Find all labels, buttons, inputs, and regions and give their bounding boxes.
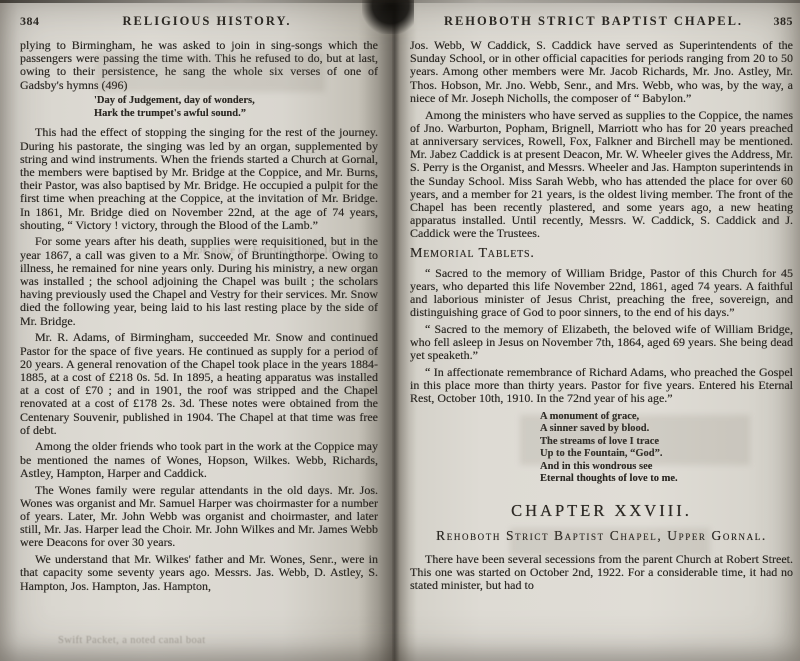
memorial-quote: “ Sacred to the memory of William Bridge…: [410, 267, 793, 320]
paragraph: Mr. R. Adams, of Birmingham, succeeded M…: [20, 331, 378, 437]
page-number-left: 384: [20, 14, 62, 29]
paragraph: The Wones family were regular attendants…: [20, 484, 378, 550]
hymn-quote: 'Day of Judgement, day of wonders, Hark …: [94, 95, 378, 120]
chapter-heading: CHAPTER XXVIII.: [410, 501, 793, 521]
left-page: 384 RELIGIOUS HISTORY. plying to Birming…: [0, 0, 392, 661]
paragraph: There have been several secessions from …: [410, 553, 793, 593]
poem-line: The streams of love I trace: [540, 436, 793, 449]
paragraph: Among the ministers who have served as s…: [410, 109, 793, 241]
poem-line: A sinner saved by blood.: [540, 423, 793, 436]
memorial-quote: “ In affectionate remembrance of Richard…: [410, 366, 793, 406]
running-title-right: REHOBOTH STRICT BAPTIST CHAPEL.: [440, 14, 747, 29]
poem-line: And in this wondrous see: [540, 461, 793, 474]
paragraph: We understand that Mr. Wilkes' father an…: [20, 553, 378, 593]
poem-line: A monument of grace,: [540, 411, 793, 424]
book-scan: 384 RELIGIOUS HISTORY. plying to Birming…: [0, 0, 800, 661]
paragraph: plying to Birmingham, he was asked to jo…: [20, 39, 378, 92]
paragraph: This had the effect of stopping the sing…: [20, 126, 378, 232]
memorial-tablets-heading: Memorial Tablets.: [410, 246, 793, 262]
memorial-poem: A monument of grace, A sinner saved by b…: [540, 411, 793, 486]
chapter-subheading: Rehoboth Strict Baptist Chapel, Upper Go…: [410, 528, 793, 544]
poem-line: Up to the Fountain, “God”.: [540, 448, 793, 461]
memorial-quote: “ Sacred to the memory of Elizabeth, the…: [410, 323, 793, 363]
left-page-header: 384 RELIGIOUS HISTORY.: [20, 14, 378, 29]
right-page-header: REHOBOTH STRICT BAPTIST CHAPEL. 385: [410, 14, 793, 29]
paragraph: Among the older friends who took part in…: [20, 440, 378, 480]
paragraph: For some years after his death, supplies…: [20, 235, 378, 327]
hymn-quote-line: 'Day of Judgement, day of wonders,: [94, 95, 378, 108]
page-number-right: 385: [747, 14, 793, 29]
hymn-quote-line: Hark the trumpet's awful sound.”: [94, 108, 378, 121]
running-title-left: RELIGIOUS HISTORY.: [62, 14, 352, 29]
right-page: REHOBOTH STRICT BAPTIST CHAPEL. 385 Jos.…: [392, 0, 800, 661]
paragraph: Jos. Webb, W Caddick, S. Caddick have se…: [410, 39, 793, 105]
poem-line: Eternal thoughts of love to me.: [540, 473, 793, 486]
